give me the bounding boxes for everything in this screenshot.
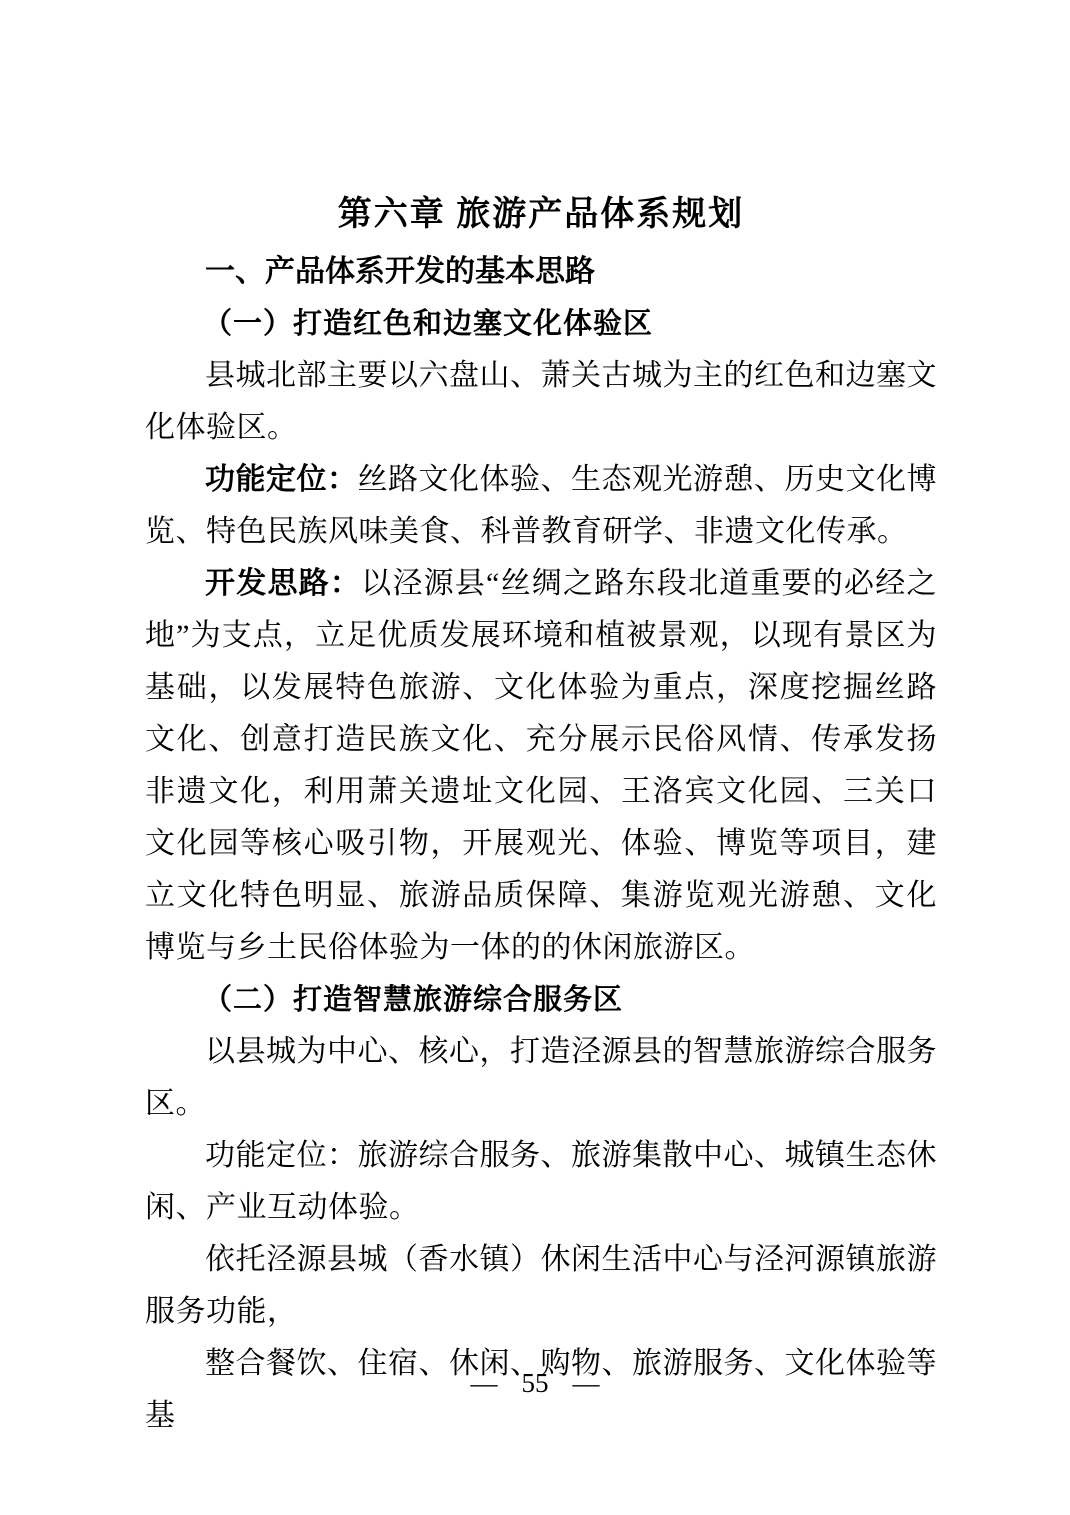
paragraph: 以县城为中心、核心，打造泾源县的智慧旅游综合服务区。 [145, 1026, 937, 1130]
page-number: 55 [522, 1368, 549, 1398]
paragraph-text: 以县城为中心、核心，打造泾源县的智慧旅游综合服务区。 [145, 1035, 937, 1120]
paragraph: 县城北部主要以六盘山、萧关古城为主的红色和边塞文化体验区。 [145, 350, 937, 454]
section-heading: 一、产品体系开发的基本思路 [145, 246, 937, 298]
paragraph: 开发思路：以泾源县“丝绸之路东段北道重要的必经之地”为支点，立足优质发展环境和植… [145, 558, 937, 974]
paragraph-lead-label: 功能定位： [205, 463, 358, 496]
paragraph-text: 功能定位：旅游综合服务、旅游集散中心、城镇生态休闲、产业互动体验。 [145, 1139, 937, 1224]
footer-right-dash: — [573, 1366, 600, 1400]
footer: —55— [0, 1366, 1070, 1400]
paragraph: 依托泾源县城（香水镇）休闲生活中心与泾河源镇旅游服务功能， [145, 1234, 937, 1338]
paragraph-text: 以泾源县“丝绸之路东段北道重要的必经之地”为支点，立足优质发展环境和植被景观，以… [145, 567, 937, 964]
paragraph-text: 依托泾源县城（香水镇）休闲生活中心与泾河源镇旅游服务功能， [145, 1243, 937, 1328]
paragraph-lead-label: 开发思路： [205, 567, 361, 600]
subsection-heading: （二）打造智慧旅游综合服务区 [145, 974, 937, 1026]
subsection-heading: （一）打造红色和边塞文化体验区 [145, 298, 937, 350]
paragraph: 功能定位：旅游综合服务、旅游集散中心、城镇生态休闲、产业互动体验。 [145, 1130, 937, 1234]
paragraph-text: 县城北部主要以六盘山、萧关古城为主的红色和边塞文化体验区。 [145, 359, 937, 444]
chapter-title: 第六章 旅游产品体系规划 [145, 192, 937, 238]
footer-left-dash: — [471, 1366, 498, 1400]
paragraph: 功能定位：丝路文化体验、生态观光游憩、历史文化博览、特色民族风味美食、科普教育研… [145, 454, 937, 558]
document-page: 第六章 旅游产品体系规划一、产品体系开发的基本思路（一）打造红色和边塞文化体验区… [0, 0, 1070, 1515]
document-content: 第六章 旅游产品体系规划一、产品体系开发的基本思路（一）打造红色和边塞文化体验区… [145, 192, 937, 1442]
